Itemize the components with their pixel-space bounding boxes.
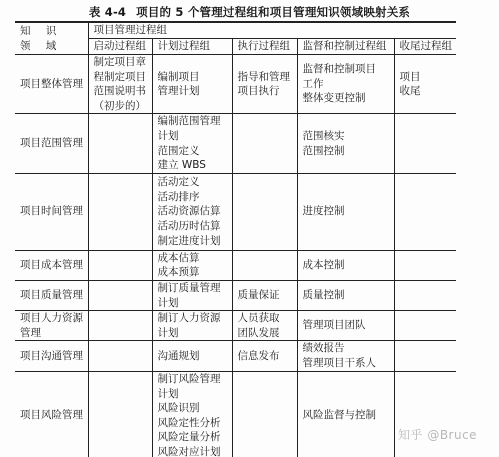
cell-initiating: [88, 250, 152, 280]
cell-monitoring: 管理项目团队: [297, 311, 394, 341]
header-planning: 计划过程组: [152, 39, 232, 55]
cell-planning: 制订质量管理计划: [152, 280, 232, 310]
process-item: 进度控制: [303, 204, 394, 219]
cell-initiating: [88, 341, 152, 371]
header-process-group: 项目管理过程组: [88, 22, 456, 39]
header-executing: 执行过程组: [232, 39, 297, 55]
knowledge-area-label: 项目沟通管理: [20, 349, 88, 364]
process-item: 范围定义: [158, 144, 232, 159]
cell-initiating: [88, 173, 152, 250]
process-item: 范围核实: [303, 129, 394, 144]
cell-executing: [232, 173, 297, 250]
process-item: 成本预算: [158, 265, 232, 280]
cell-executing: 质量保证: [232, 280, 297, 310]
table-row: 项目成本管理成本估算成本预算成本控制: [15, 250, 456, 280]
header-closing: 收尾过程组: [394, 39, 456, 55]
process-item: 整体变更控制: [303, 91, 394, 106]
knowledge-area-label: 项目时间管理: [20, 204, 88, 219]
table-row: 项目整体管理制定项目章程制定项目范围说明书（初步的）编制项目管理计划指导和管理项…: [15, 55, 456, 114]
knowledge-area-label: 管理: [20, 326, 88, 341]
knowledge-area-label: 项目成本管理: [20, 258, 88, 273]
cell-executing: 信息发布: [232, 341, 297, 371]
cell-planning: 活动定义活动排序活动资源估算活动历时估算制定进度计划: [152, 173, 232, 250]
cell-monitoring: 监督和控制项目工作整体变更控制: [297, 55, 394, 114]
process-item: 管理项目干系人: [303, 356, 394, 371]
process-item: 风险对应计划: [158, 445, 232, 457]
process-item: 制订质量管理: [158, 281, 232, 296]
cell-area: 项目时间管理: [15, 173, 88, 250]
process-item: 计划: [158, 296, 232, 311]
cell-initiating: [88, 280, 152, 310]
cell-initiating: [88, 114, 152, 173]
cell-area: 项目成本管理: [15, 250, 88, 280]
table-title: 项目的 5 个管理过程组和项目管理知识领域映射关系: [136, 5, 410, 19]
process-item: 制定项目章: [94, 55, 152, 70]
process-item: 成本估算: [158, 251, 232, 266]
process-item: 活动历时估算: [158, 219, 232, 234]
process-item: 管理项目团队: [303, 318, 394, 333]
cell-planning: 沟通规划: [152, 341, 232, 371]
cell-executing: [232, 250, 297, 280]
process-item: 监督和控制项目: [303, 62, 394, 77]
process-item: 管理计划: [158, 84, 232, 99]
cell-initiating: [88, 311, 152, 341]
cell-monitoring: 质量控制: [297, 280, 394, 310]
header-initiating: 启动过程组: [88, 39, 152, 55]
knowledge-area-label: 项目整体管理: [20, 77, 88, 92]
process-item: 编制范围管理: [158, 114, 232, 129]
process-item: 风险识别: [158, 401, 232, 416]
cell-monitoring: 成本控制: [297, 250, 394, 280]
cell-executing: [232, 371, 297, 457]
process-item: 程制定项目: [94, 70, 152, 85]
process-item: 活动排序: [158, 190, 232, 205]
process-item: 建立 WBS: [158, 158, 232, 173]
process-item: 项目: [400, 70, 457, 85]
table-row: 项目人力资源管理制订人力资源计划人员获取团队发展管理项目团队: [15, 311, 456, 341]
process-item: 人员获取: [238, 311, 297, 326]
process-item: 绩效报告: [303, 341, 394, 356]
cell-area: 项目沟通管理: [15, 341, 88, 371]
cell-planning: 编制范围管理计划范围定义建立 WBS: [152, 114, 232, 173]
process-item: 风险定量分析: [158, 430, 232, 445]
process-item: 质量控制: [303, 288, 394, 303]
cell-planning: 编制项目管理计划: [152, 55, 232, 114]
process-item: 范围说明书: [94, 84, 152, 99]
process-item: 制订风险管理: [158, 372, 232, 387]
cell-closing: [394, 173, 456, 250]
process-item: 编制项目: [158, 70, 232, 85]
knowledge-area-label: 项目范围管理: [20, 136, 88, 151]
process-item: 风险定性分析: [158, 416, 232, 431]
process-item: 收尾: [400, 84, 457, 99]
process-item: 计划: [158, 129, 232, 144]
table-row: 项目时间管理活动定义活动排序活动资源估算活动历时估算制定进度计划进度控制: [15, 173, 456, 250]
process-item: 团队发展: [238, 326, 297, 341]
table-row: 项目质量管理制订质量管理计划质量保证质量控制: [15, 280, 456, 310]
cell-initiating: [88, 371, 152, 457]
cell-closing: [394, 311, 456, 341]
table-row: 项目沟通管理沟通规划信息发布绩效报告管理项目干系人: [15, 341, 456, 371]
process-item: 制定进度计划: [158, 234, 232, 249]
process-item: 风险监督与控制: [303, 408, 394, 423]
process-item: 成本控制: [303, 258, 394, 273]
cell-initiating: 制定项目章程制定项目范围说明书（初步的）: [88, 55, 152, 114]
cell-area: 项目风险管理: [15, 371, 88, 457]
table-body: 项目整体管理制定项目章程制定项目范围说明书（初步的）编制项目管理计划指导和管理项…: [15, 55, 456, 457]
knowledge-area-label: 项目风险管理: [20, 408, 88, 423]
cell-monitoring: 绩效报告管理项目干系人: [297, 341, 394, 371]
mapping-table: 知 识 领 域 项目管理过程组 启动过程组 计划过程组 执行过程组 监督和控制过…: [15, 21, 456, 457]
cell-closing: [394, 250, 456, 280]
table-number: 表 4-4: [89, 5, 126, 19]
cell-monitoring: 范围核实范围控制: [297, 114, 394, 173]
header-monitoring: 监督和控制过程组: [297, 39, 394, 55]
table-row: 项目风险管理制订风险管理计划风险识别风险定性分析风险定量分析风险对应计划风险监督…: [15, 371, 456, 457]
cell-closing: [394, 280, 456, 310]
process-item: 沟通规划: [158, 349, 232, 364]
cell-executing: [232, 114, 297, 173]
process-item: 活动定义: [158, 175, 232, 190]
process-item: 计划: [158, 387, 232, 402]
knowledge-area-label: 项目人力资源: [20, 311, 88, 326]
header-knowledge-area: 知 识 领 域: [15, 22, 88, 55]
table-caption: 表 4-4项目的 5 个管理过程组和项目管理知识领域映射关系: [0, 4, 499, 20]
cell-planning: 制订人力资源计划: [152, 311, 232, 341]
cell-closing: [394, 371, 456, 457]
cell-area: 项目质量管理: [15, 280, 88, 310]
cell-executing: 人员获取团队发展: [232, 311, 297, 341]
cell-area: 项目人力资源管理: [15, 311, 88, 341]
watermark: 知乎 @Bruce: [398, 426, 477, 443]
process-item: 质量保证: [238, 288, 297, 303]
cell-planning: 制订风险管理计划风险识别风险定性分析风险定量分析风险对应计划: [152, 371, 232, 457]
cell-area: 项目整体管理: [15, 55, 88, 114]
process-item: 工作: [303, 77, 394, 92]
cell-monitoring: 进度控制: [297, 173, 394, 250]
process-item: 制订人力资源: [158, 311, 232, 326]
cell-planning: 成本估算成本预算: [152, 250, 232, 280]
process-item: 指导和管理: [238, 70, 297, 85]
process-item: 信息发布: [238, 349, 297, 364]
knowledge-area-label: 项目质量管理: [20, 288, 88, 303]
cell-closing: [394, 114, 456, 173]
cell-monitoring: 风险监督与控制: [297, 371, 394, 457]
process-item: 计划: [158, 326, 232, 341]
cell-executing: 指导和管理项目执行: [232, 55, 297, 114]
cell-closing: 项目收尾: [394, 55, 456, 114]
cell-area: 项目范围管理: [15, 114, 88, 173]
process-item: 项目执行: [238, 84, 297, 99]
process-item: 范围控制: [303, 144, 394, 159]
cell-closing: [394, 341, 456, 371]
process-item: 活动资源估算: [158, 204, 232, 219]
process-item: （初步的）: [94, 99, 152, 114]
table-row: 项目范围管理编制范围管理计划范围定义建立 WBS范围核实范围控制: [15, 114, 456, 173]
